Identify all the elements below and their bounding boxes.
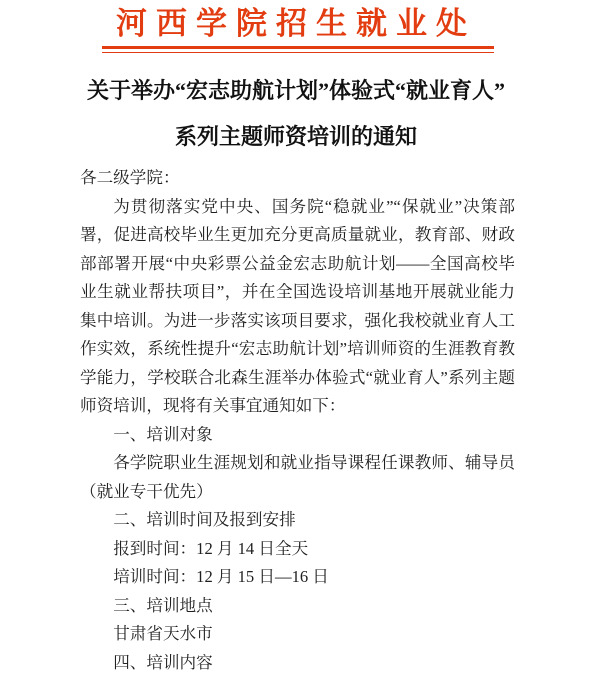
section-1-line-1: 各学院职业生涯规划和就业指导课程任课教师、辅导员（就业专干优先） [80,449,515,506]
document-title-line-2: 系列主题师资培训的通知 [0,114,592,160]
document-title-line-1: 关于举办“宏志助航计划”体验式“就业育人” [0,68,592,114]
section-2-line-1: 报到时间：12 月 14 日全天 [80,535,515,564]
section-3-heading: 三、培训地点 [80,592,515,621]
salutation: 各二级学院： [80,164,515,193]
intro-paragraph: 为贯彻落实党中央、国务院“稳就业”“保就业”决策部署，促进高校毕业生更加充分更高… [80,193,515,421]
section-4-heading: 四、培训内容 [80,649,515,677]
header-double-rule [102,46,494,53]
section-2-heading: 二、培训时间及报到安排 [80,506,515,535]
notice-body: 各二级学院： 为贯彻落实党中央、国务院“稳就业”“保就业”决策部署，促进高校毕业… [80,164,515,677]
section-1-heading: 一、培训对象 [80,421,515,450]
section-3-line-1: 甘肃省天水市 [80,620,515,649]
section-2-line-2: 培训时间：12 月 15 日—16 日 [80,563,515,592]
notice-page: 河西学院招生就业处 关于举办“宏志助航计划”体验式“就业育人” 系列主题师资培训… [0,0,592,677]
department-header: 河西学院招生就业处 [0,6,592,42]
document-title: 关于举办“宏志助航计划”体验式“就业育人” 系列主题师资培训的通知 [0,68,592,160]
